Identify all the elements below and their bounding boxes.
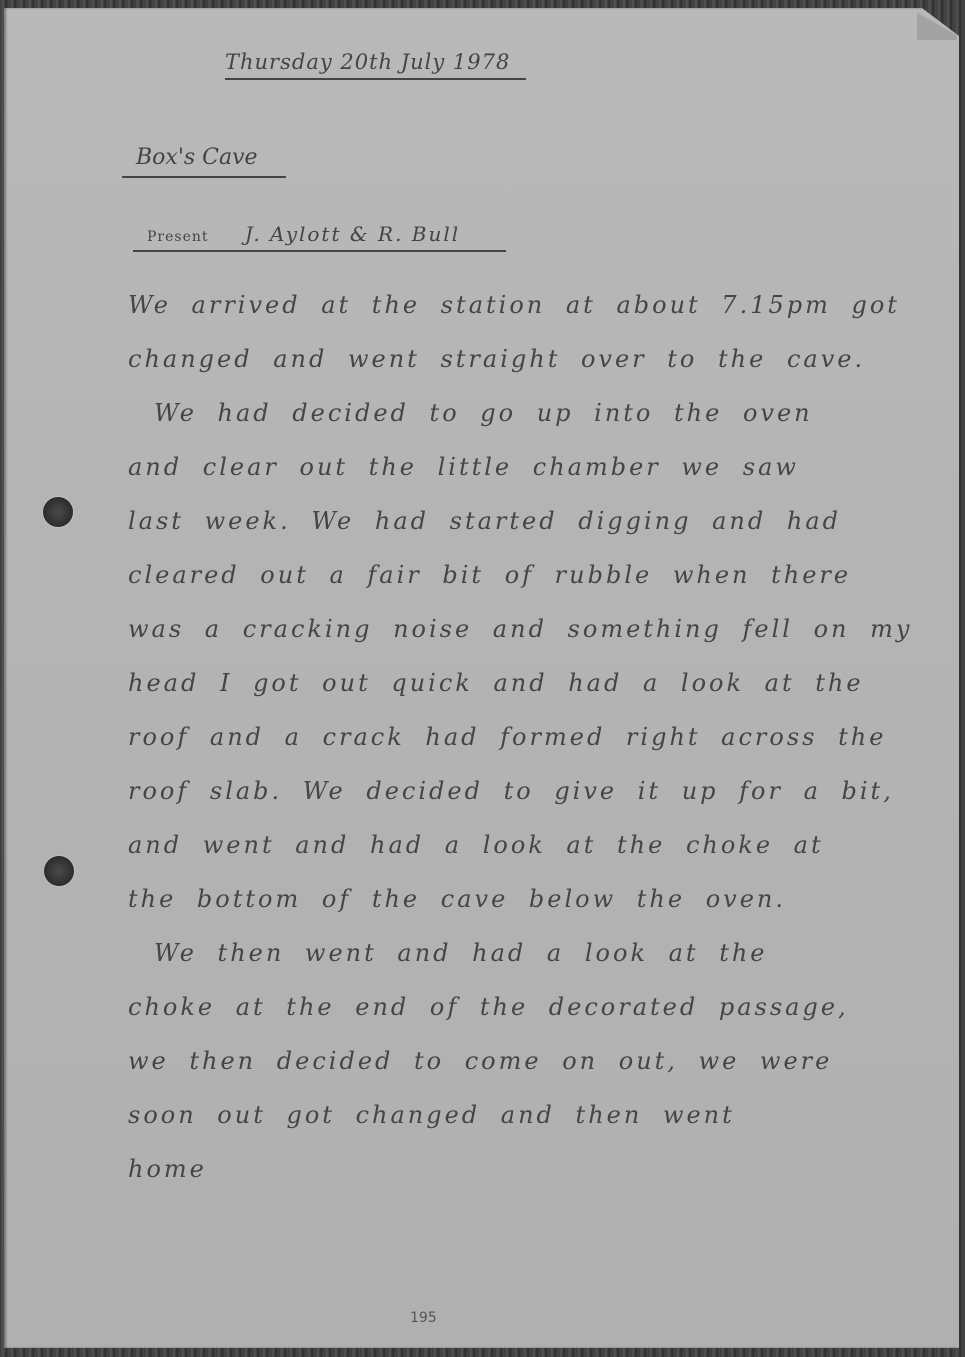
body-line: We had decided to go up into the oven [128, 386, 878, 440]
body-line: we then decided to come on out, we were [128, 1034, 878, 1088]
attendee-names: J. Aylott & R. Bull [245, 222, 460, 246]
body-line: was a cracking noise and something fell … [128, 602, 878, 656]
body-line: and clear out the little chamber we saw [128, 440, 878, 494]
location-heading: Box's Cave [122, 145, 286, 178]
body-line: soon out got changed and then went [128, 1088, 878, 1142]
body-line: cleared out a fair bit of rubble when th… [128, 548, 878, 602]
date-heading: Thursday 20th July 1978 [225, 50, 526, 80]
body-line: We then went and had a look at the [128, 926, 878, 980]
log-entry-body: We arrived at the station at about 7.15p… [128, 278, 878, 1196]
body-line: changed and went straight over to the ca… [128, 332, 878, 386]
body-line: head I got out quick and had a look at t… [128, 656, 878, 710]
punch-hole-top [43, 497, 73, 527]
body-line: roof slab. We decided to give it up for … [128, 764, 878, 818]
attendees-line: Present J. Aylott & R. Bull [133, 222, 506, 252]
body-line: last week. We had started digging and ha… [128, 494, 878, 548]
body-line: the bottom of the cave below the oven. [128, 872, 878, 926]
punch-hole-bottom [44, 856, 74, 886]
body-line: and went and had a look at the choke at [128, 818, 878, 872]
body-line: choke at the end of the decorated passag… [128, 980, 878, 1034]
present-label: Present [147, 229, 209, 245]
body-line: roof and a crack had formed right across… [128, 710, 878, 764]
body-line: home [128, 1142, 878, 1196]
page-number: 195 [410, 1310, 437, 1326]
body-line: We arrived at the station at about 7.15p… [128, 278, 878, 332]
